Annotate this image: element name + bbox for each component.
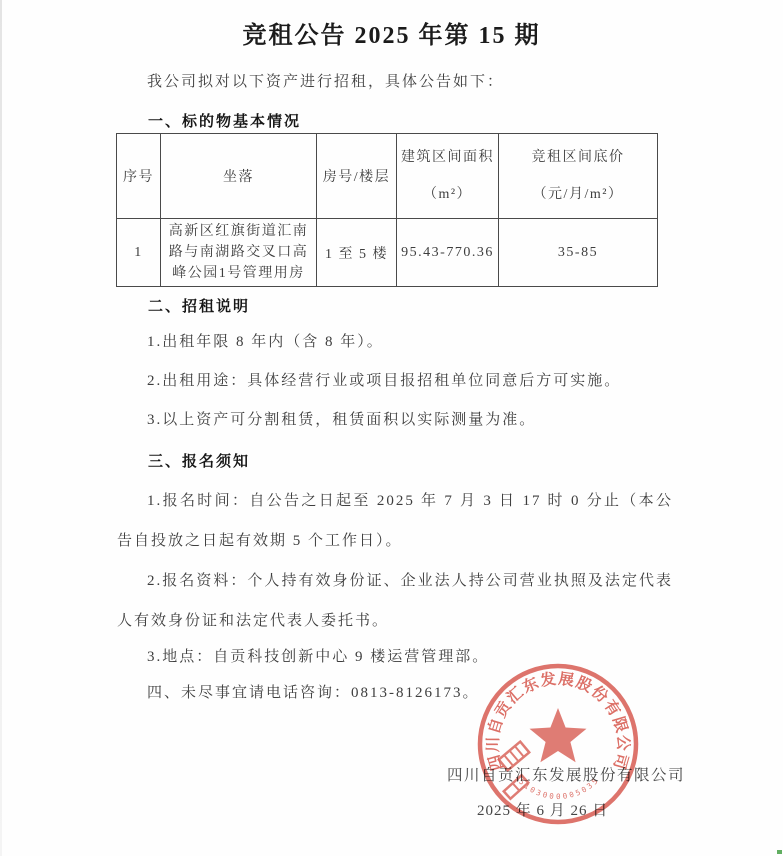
section-3-item-1: 1.报名时间：自公告之日起至 2025 年 7 月 3 日 17 时 0 分止（… [117, 481, 673, 561]
header-price-line2: （元/月/m²） [502, 176, 654, 213]
document-page: 竞租公告 2025 年第 15 期 我公司拟对以下资产进行招租，具体公告如下： … [0, 0, 783, 856]
header-area: 建筑区间面积 （m²） [397, 134, 499, 219]
seal-smudge-mark-top [499, 742, 529, 771]
table-header-row: 序号 坐落 房号/楼层 建筑区间面积 （m²） 竞租区间底价 （元/月/m²） [117, 134, 658, 219]
section-2-item-3: 3.以上资产可分割租赁，租赁面积以实际测量为准。 [117, 408, 673, 429]
header-room: 房号/楼层 [317, 134, 397, 219]
section-1-heading: 一、标的物基本情况 [148, 110, 301, 131]
section-3-heading: 三、报名须知 [148, 450, 250, 471]
section-2-item-2: 2.出租用途：具体经营行业或项目报招租单位同意后方可实施。 [117, 369, 673, 390]
scan-corner-artifact [777, 850, 782, 854]
cell-location: 高新区红旗街道汇南路与南湖路交叉口高峰公园1号管理用房 [161, 219, 317, 287]
cell-area: 95.43-770.36 [397, 219, 499, 287]
cell-no: 1 [117, 219, 161, 287]
page-title: 竞租公告 2025 年第 15 期 [0, 15, 783, 50]
company-seal: 四川自贡汇东发展股份有限公司 5103000005035 [474, 660, 642, 828]
header-area-line1: 建筑区间面积 [400, 139, 495, 176]
scan-edge-artifact [0, 0, 2, 856]
header-price: 竞租区间底价 （元/月/m²） [499, 134, 658, 219]
section-2-item-1: 1.出租年限 8 年内（含 8 年）。 [117, 330, 673, 351]
header-no: 序号 [117, 134, 161, 219]
seal-smudge-mark-bottom [504, 775, 529, 798]
cell-room: 1 至 5 楼 [317, 219, 397, 287]
header-area-line2: （m²） [400, 176, 495, 213]
intro-paragraph: 我公司拟对以下资产进行招租，具体公告如下： [117, 70, 673, 91]
seal-star-icon [530, 708, 587, 762]
cell-price: 35-85 [499, 219, 658, 287]
section-2-heading: 二、招租说明 [148, 295, 250, 316]
table-row: 1 高新区红旗街道汇南路与南湖路交叉口高峰公园1号管理用房 1 至 5 楼 95… [117, 219, 658, 287]
header-price-line1: 竞租区间底价 [502, 139, 654, 176]
section-3-item-2: 2.报名资料：个人持有效身份证、企业法人持公司营业执照及法定代表人有效身份证和法… [117, 561, 673, 641]
seal-serial-number: 5103000005035 [517, 775, 601, 801]
header-location: 坐落 [161, 134, 317, 219]
subject-table: 序号 坐落 房号/楼层 建筑区间面积 （m²） 竞租区间底价 （元/月/m²） … [116, 133, 658, 287]
